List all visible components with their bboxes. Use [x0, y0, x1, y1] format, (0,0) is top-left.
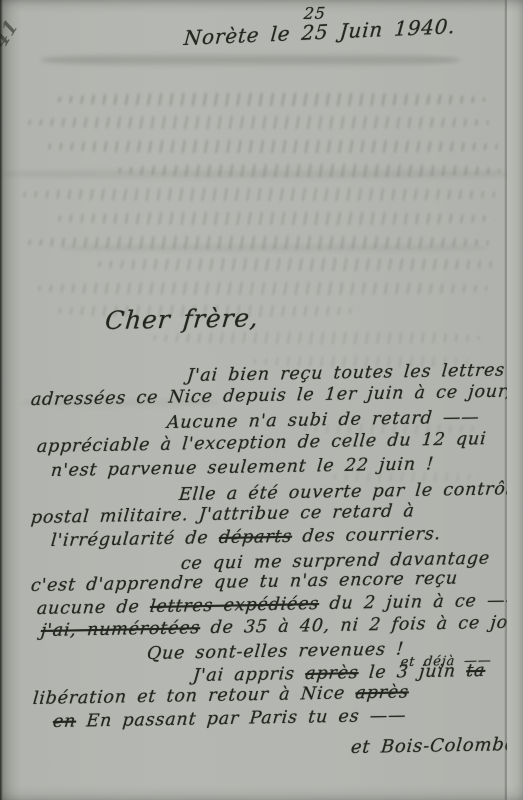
- date-line: Norète le 25 Juin 1940.: [183, 14, 456, 50]
- paper-smudge: [0, 168, 523, 180]
- bleedthrough-ghost-line: [25, 116, 490, 129]
- paper-edge-left: [0, 0, 3, 800]
- handwritten-line: postal militaire. J'attribue ce retard à: [30, 501, 415, 528]
- handwritten-line: adressées ce Nice depuis le 1er juin à c…: [30, 382, 512, 410]
- bleedthrough-ghost-line: [45, 140, 500, 153]
- page-number-mark: 41: [0, 15, 23, 52]
- bleedthrough-ghost-line: [20, 188, 500, 201]
- handwritten-line: appréciable à l'exception de celle du 12…: [36, 429, 487, 457]
- paper-smudge: [60, 243, 490, 253]
- bleedthrough-ghost-line: [55, 93, 485, 106]
- bleedthrough-ghost-line: [115, 164, 500, 177]
- bleedthrough-ghost-line: [55, 212, 495, 225]
- bleedthrough-ghost-line: [150, 332, 480, 344]
- handwritten-line: Que sont-elles revenues !: [146, 639, 405, 664]
- salutation: Cher frère,: [104, 303, 260, 335]
- handwritten-line: libération et ton retour à Nice après: [32, 682, 410, 709]
- bleedthrough-ghost-line: [95, 258, 500, 271]
- handwritten-line: n'est parvenue seulement le 22 juin !: [50, 454, 435, 481]
- handwritten-line: l'irrégularité de départs des courriers.: [50, 524, 442, 551]
- closing-place-line: et Bois-Colombes: [350, 734, 523, 758]
- paper-smudge: [40, 52, 460, 68]
- bleedthrough-ghost-line: [35, 282, 490, 295]
- handwritten-line: Elle a été ouverte par le contrôle: [178, 479, 523, 505]
- handwritten-line: en En passant par Paris tu es ——: [52, 706, 407, 732]
- handwritten-line: J'ai appris après le 3 juin ta: [192, 661, 486, 686]
- scanned-letter: 4125Norète le 25 Juin 1940.Cher frère,J'…: [0, 0, 523, 800]
- paper-edge-right: [507, 0, 523, 800]
- bleedthrough-ghost-line: [25, 236, 490, 249]
